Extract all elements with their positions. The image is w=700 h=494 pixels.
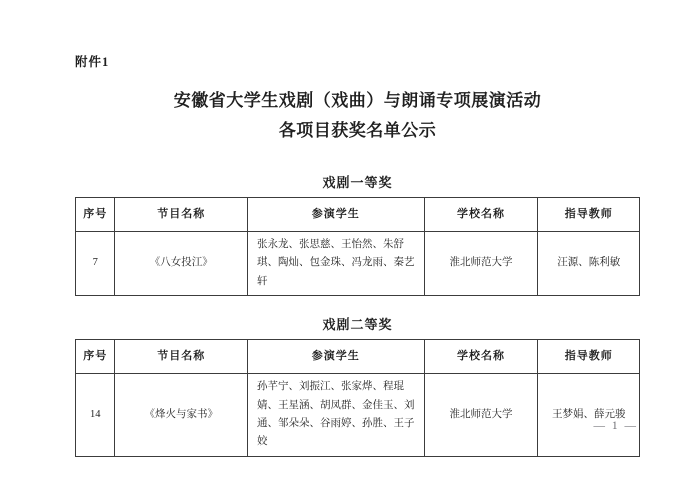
document-title-line1: 安徽省大学生戏剧（戏曲）与朗诵专项展演活动	[75, 86, 640, 116]
header-cell-students: 参演学生	[248, 340, 425, 374]
section-title-second-prize: 戏剧二等奖	[75, 314, 640, 333]
header-cell-teachers: 指导教师	[538, 340, 640, 374]
cell-students: 孙芊宁、刘振江、张家烨、程琨婧、王星涵、胡凤群、金佳玉、刘通、邹朵朵、谷雨婷、孙…	[248, 374, 425, 457]
page-number: — 1 —	[594, 420, 639, 432]
second-prize-table: 序号 节目名称 参演学生 学校名称 指导教师 14 《烽火与家书》 孙芊宁、刘振…	[75, 339, 640, 457]
document-content: 附件1 安徽省大学生戏剧（戏曲）与朗诵专项展演活动 各项目获奖名单公示 戏剧一等…	[75, 0, 640, 457]
header-cell-program: 节目名称	[115, 198, 248, 232]
header-cell-no: 序号	[76, 340, 115, 374]
cell-teachers: 王梦娟、薛元骏	[538, 374, 640, 457]
cell-students: 张永龙、张思慈、王怡然、朱舒琪、陶灿、包金珠、冯龙雨、秦艺轩	[248, 232, 425, 296]
table-row: 14 《烽火与家书》 孙芊宁、刘振江、张家烨、程琨婧、王星涵、胡凤群、金佳玉、刘…	[76, 374, 640, 457]
section-title-first-prize: 戏剧一等奖	[75, 172, 640, 191]
header-cell-no: 序号	[76, 198, 115, 232]
document-page: 附件1 安徽省大学生戏剧（戏曲）与朗诵专项展演活动 各项目获奖名单公示 戏剧一等…	[0, 0, 700, 494]
header-cell-school: 学校名称	[424, 198, 538, 232]
document-title-line2: 各项目获奖名单公示	[75, 116, 640, 146]
first-prize-table: 序号 节目名称 参演学生 学校名称 指导教师 7 《八女投江》 张永龙、张思慈、…	[75, 197, 640, 296]
table-header-row: 序号 节目名称 参演学生 学校名称 指导教师	[76, 340, 640, 374]
table-header-row: 序号 节目名称 参演学生 学校名称 指导教师	[76, 198, 640, 232]
header-cell-school: 学校名称	[424, 340, 538, 374]
cell-program: 《烽火与家书》	[115, 374, 248, 457]
cell-school: 淮北师范大学	[424, 232, 538, 296]
table-row: 7 《八女投江》 张永龙、张思慈、王怡然、朱舒琪、陶灿、包金珠、冯龙雨、秦艺轩 …	[76, 232, 640, 296]
cell-no: 7	[76, 232, 115, 296]
cell-program: 《八女投江》	[115, 232, 248, 296]
header-cell-students: 参演学生	[248, 198, 425, 232]
header-cell-program: 节目名称	[115, 340, 248, 374]
document-title: 安徽省大学生戏剧（戏曲）与朗诵专项展演活动 各项目获奖名单公示	[75, 86, 640, 146]
attachment-label: 附件1	[75, 52, 640, 70]
cell-teachers: 汪源、陈利敏	[538, 232, 640, 296]
cell-no: 14	[76, 374, 115, 457]
header-cell-teachers: 指导教师	[538, 198, 640, 232]
cell-school: 淮北师范大学	[424, 374, 538, 457]
